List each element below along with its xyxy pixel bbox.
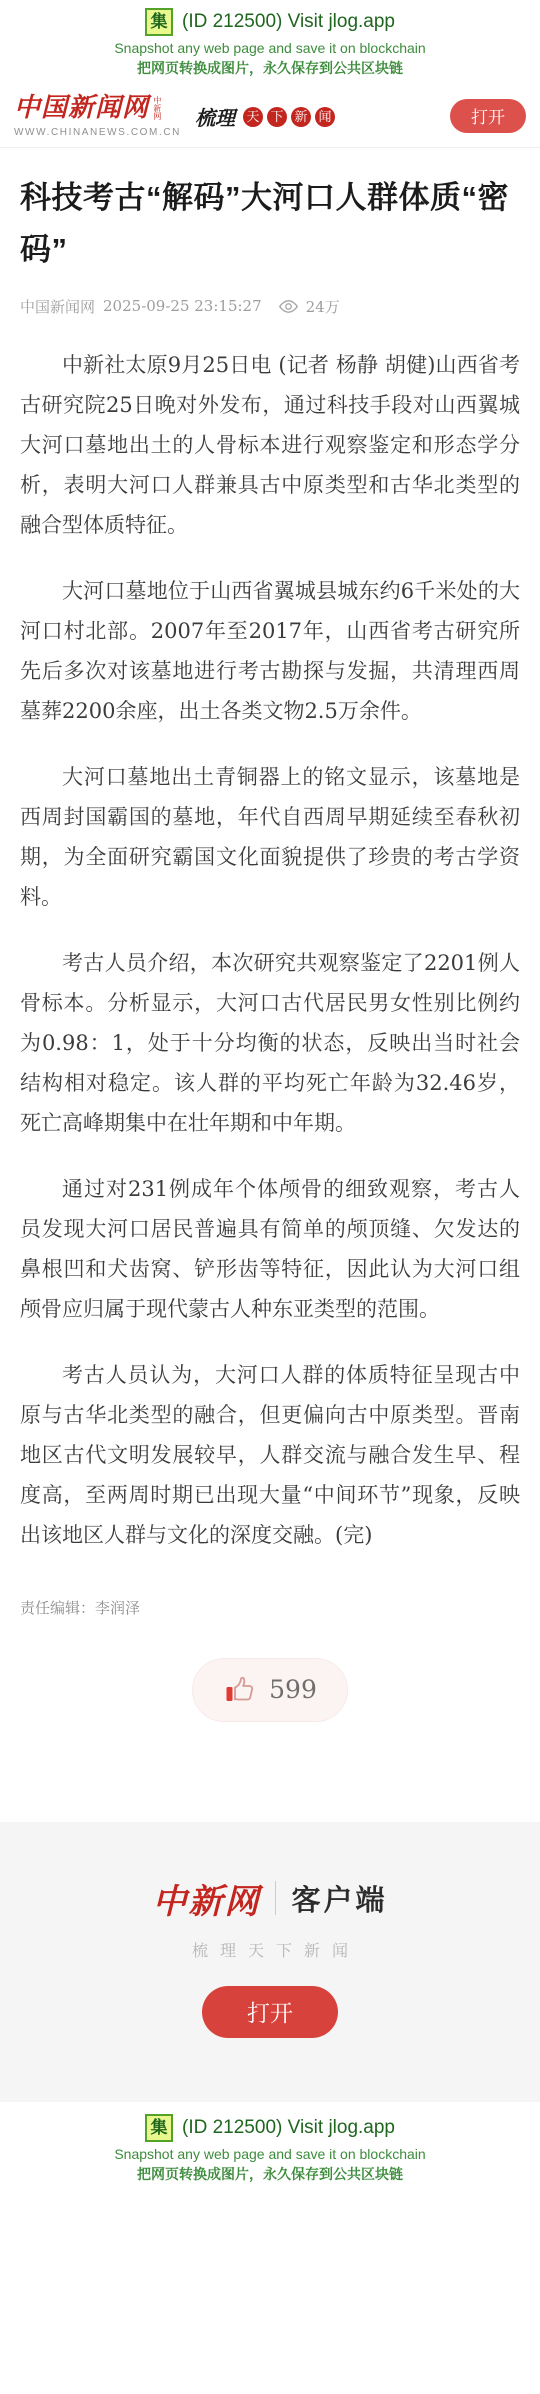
promo-tagline-zh: 把网页转换成图片，永久保存到公共区块链 (0, 58, 540, 78)
ji-logo-icon: 集 (145, 2114, 173, 2142)
app-download-footer: 中新网 客户端 梳理天下新闻 打开 (0, 1822, 540, 2102)
article-datetime: 2025-09-25 23:15:27 (103, 297, 262, 315)
article-source: 中国新闻网 (20, 296, 95, 317)
blockchain-promo-banner-bottom[interactable]: 集 (ID 212500) Visit jlog.app Snapshot an… (0, 2102, 540, 2188)
footer-slogan: 梳理天下新闻 (0, 1938, 540, 1961)
promo-tagline-zh: 把网页转换成图片，永久保存到公共区块链 (0, 2164, 540, 2184)
article-paragraph: 通过对231例成年个体颅骨的细致观察，考古人员发现大河口居民普遍具有简单的颅顶缝… (20, 1169, 520, 1329)
article-paragraph: 考古人员认为，大河口人群的体质特征呈现古中原与古华北类型的融合，但更偏向古中原类… (20, 1355, 520, 1555)
article-body: 中新社太原9月25日电 (记者 杨静 胡健)山西省考古研究院25日晚对外发布，通… (20, 345, 520, 1555)
article-paragraph: 大河口墓地出土青铜器上的铭文显示，该墓地是西周封国霸国的墓地，年代自西周早期延续… (20, 757, 520, 917)
slogan-badge: 天 (243, 107, 263, 127)
view-count: 24万 (306, 296, 340, 317)
like-button[interactable]: 599 (192, 1658, 348, 1722)
article-byline: 中国新闻网 2025-09-25 23:15:27 24万 (20, 296, 520, 317)
promo-id-link[interactable]: (ID 212500) Visit jlog.app (182, 11, 395, 33)
open-app-button-header[interactable]: 打开 (450, 99, 526, 133)
blockchain-promo-banner-top[interactable]: 集 (ID 212500) Visit jlog.app Snapshot an… (0, 0, 540, 84)
open-app-button-footer[interactable]: 打开 (202, 1986, 338, 2038)
slogan-prefix: 梳理 (195, 102, 235, 131)
slogan-badge: 新 (291, 107, 311, 127)
slogan-badge: 闻 (315, 107, 335, 127)
chinanews-logo-side: 中新网 (152, 96, 161, 120)
site-url: WWW.CHINANEWS.COM.CN (14, 127, 181, 138)
thumbs-up-icon (223, 1673, 257, 1707)
article-paragraph: 中新社太原9月25日电 (记者 杨静 胡健)山西省考古研究院25日晚对外发布，通… (20, 345, 520, 545)
footer-client-label: 客户端 (291, 1878, 387, 1919)
article: 科技考古“解码”大河口人群体质“密码” 中国新闻网 2025-09-25 23:… (0, 172, 540, 1722)
site-logo-block: 中国新闻网 中新网 WWW.CHINANEWS.COM.CN (14, 94, 181, 138)
slogan-badge: 下 (267, 107, 287, 127)
promo-tagline-en: Snapshot any web page and save it on blo… (0, 40, 540, 56)
editor-credit: 责任编辑：李润泽 (20, 1597, 520, 1618)
promo-tagline-en: Snapshot any web page and save it on blo… (0, 2146, 540, 2162)
like-count: 599 (269, 1675, 317, 1704)
article-paragraph: 考古人员介绍，本次研究共观察鉴定了2201例人骨标本。分析显示，大河口古代居民男… (20, 943, 520, 1143)
article-title: 科技考古“解码”大河口人群体质“密码” (20, 172, 520, 276)
article-paragraph: 大河口墓地位于山西省翼城县城东约6千米处的大河口村北部。2007年至2017年，… (20, 571, 520, 731)
footer-divider (275, 1881, 276, 1915)
slogan-logo: 梳理 天 下 新 闻 (195, 100, 335, 131)
ji-logo-icon: 集 (145, 8, 173, 36)
views-eye-icon (278, 299, 299, 314)
footer-chinanews-logo: 中新网 (152, 1874, 260, 1923)
chinanews-logo: 中国新闻网 (14, 94, 149, 123)
promo-id-link[interactable]: (ID 212500) Visit jlog.app (182, 2117, 395, 2139)
site-header: 中国新闻网 中新网 WWW.CHINANEWS.COM.CN 梳理 天 下 新 … (0, 84, 540, 148)
